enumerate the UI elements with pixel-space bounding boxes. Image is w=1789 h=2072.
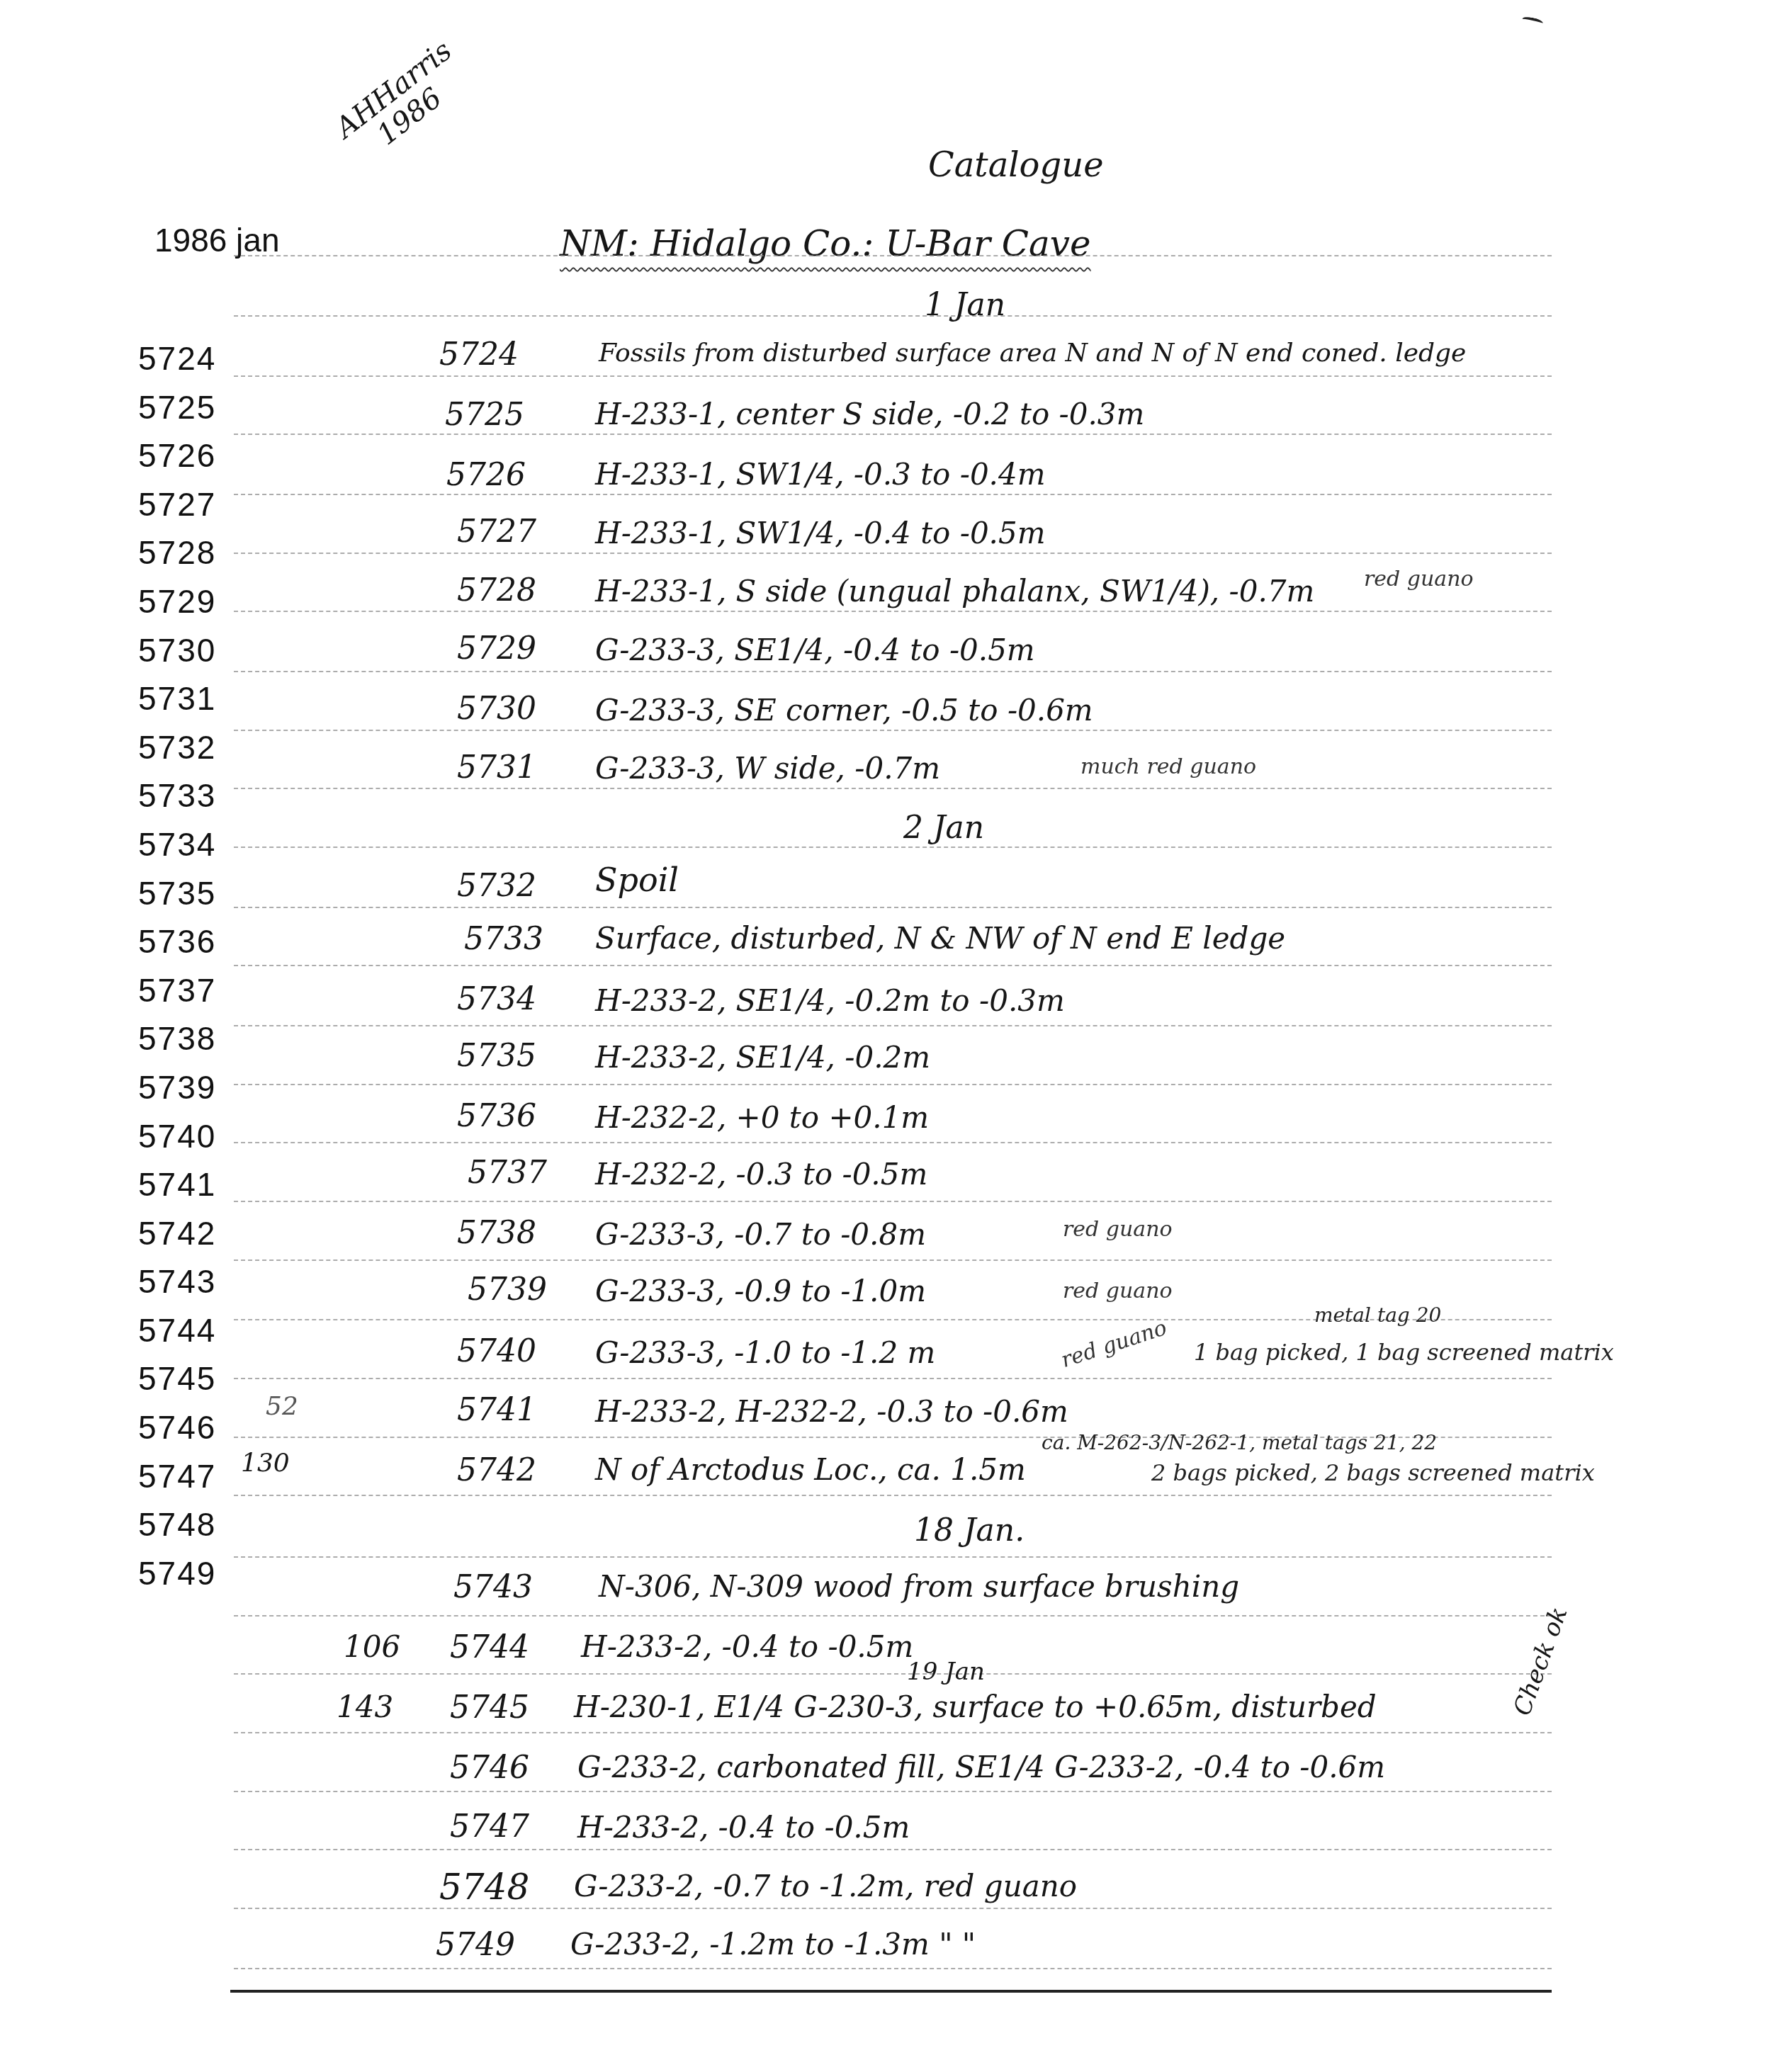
ruled-line (234, 1968, 1552, 1969)
entry-note: red guano (1058, 1315, 1170, 1373)
margin-number: 5731 (138, 674, 216, 723)
ruled-line (234, 1495, 1552, 1496)
entry-description: H-233-1, center S side, -0.2 to -0.3m (595, 397, 1144, 431)
entry-number: 5725 (445, 397, 524, 433)
margin-number: 5728 (138, 528, 216, 577)
entry-number: 5748 (439, 1867, 529, 1908)
entry-description: G-233-3, -1.0 to -1.2 m (595, 1335, 935, 1370)
entry-number: 5745 (450, 1689, 529, 1726)
entry-note: red guano (1063, 1217, 1173, 1242)
entry-number: 5737 (468, 1155, 547, 1191)
ruled-line (234, 1615, 1552, 1617)
entry-number: 5729 (457, 630, 536, 667)
ruled-line (234, 1025, 1552, 1026)
entry-description: G-233-3, W side, -0.7m (595, 751, 940, 786)
bottom-rule (230, 1990, 1552, 1993)
entry-description: G-233-2, -1.2m to -1.3m " " (570, 1927, 976, 1961)
ruled-line (234, 1791, 1552, 1792)
margin-header: 1986 jan (154, 221, 280, 259)
ruled-line (234, 788, 1552, 789)
entry-number: 5738 (457, 1215, 536, 1251)
entry-description: H-233-2, H-232-2, -0.3 to -0.6m (595, 1394, 1068, 1429)
margin-annotation: 143 (337, 1689, 393, 1724)
entry-description: H-233-2, SE1/4, -0.2m (595, 1040, 930, 1075)
margin-number: 5744 (138, 1306, 216, 1355)
entry-description: H-230-1, E1/4 G-230-3, surface to +0.65m… (574, 1689, 1377, 1724)
entry-number: 5735 (457, 1038, 536, 1074)
margin-number: 5735 (138, 869, 216, 918)
ruled-line (234, 553, 1552, 554)
entry-description: N-306, N-309 wood from surface brushing (599, 1569, 1239, 1604)
date-heading: 2 Jan (903, 810, 984, 846)
entry-number: 5733 (464, 921, 543, 957)
margin-number: 5743 (138, 1257, 216, 1306)
margin-number: 5740 (138, 1112, 216, 1161)
entry-description: N of Arctodus Loc., ca. 1.5m (595, 1452, 1026, 1487)
entry-number: 5747 (450, 1808, 529, 1845)
ruled-line (234, 847, 1552, 848)
entry-number: 5731 (457, 749, 536, 786)
margin-number: 5739 (138, 1063, 216, 1112)
entry-description: H-232-2, -0.3 to -0.5m (595, 1157, 927, 1191)
entry-number: 5724 (439, 336, 519, 373)
entry-number: 5739 (468, 1272, 547, 1308)
margin-number: 5745 (138, 1354, 216, 1403)
entry-description: H-233-2, SE1/4, -0.2m to -0.3m (595, 983, 1065, 1018)
ruled-line (234, 1378, 1552, 1379)
margin-number: 5738 (138, 1014, 216, 1063)
entry-note: red guano (1364, 567, 1474, 591)
entry-number: 5727 (457, 514, 536, 550)
entry-description: G-233-3, SE corner, -0.5 to -0.6m (595, 693, 1093, 728)
margin-number: 5729 (138, 577, 216, 626)
entry-number: 5749 (436, 1927, 515, 1963)
ruled-line (234, 1673, 1552, 1675)
author-annotation: AHHarris 1986 (330, 35, 477, 169)
margin-number: 5748 (138, 1500, 216, 1549)
entry-description: H-233-2, -0.4 to -0.5m (581, 1629, 913, 1664)
margin-annotation: 52 (266, 1392, 298, 1421)
entry-number: 5728 (457, 572, 536, 608)
entry-number: 5726 (446, 457, 526, 493)
entry-number: 5740 (457, 1333, 536, 1369)
margin-number-list: 5724572557265727572857295730573157325733… (138, 334, 216, 1597)
entry-description: G-233-2, carbonated fill, SE1/4 G-233-2,… (577, 1750, 1385, 1784)
entry-note: much red guano (1080, 754, 1256, 779)
entry-description: G-233-3, -0.9 to -1.0m (595, 1274, 926, 1308)
margin-number: 5726 (138, 431, 216, 480)
ruled-line (234, 434, 1552, 435)
entry-description: H-233-1, S side (ungual phalanx, SW1/4),… (595, 574, 1314, 608)
margin-number: 5724 (138, 334, 216, 383)
entry-description: H-233-1, SW1/4, -0.4 to -0.5m (595, 516, 1046, 550)
margin-number: 5741 (138, 1160, 216, 1209)
ruled-line (234, 1142, 1552, 1143)
margin-number: 5742 (138, 1209, 216, 1258)
entry-number: 5746 (450, 1750, 529, 1786)
ruled-line (234, 375, 1552, 377)
ruled-line (234, 671, 1552, 672)
entry-number: 5743 (453, 1569, 533, 1605)
margin-number: 5730 (138, 626, 216, 675)
entry-number: 5744 (450, 1629, 529, 1665)
entry-number: 5741 (457, 1392, 536, 1428)
entry-number: 5732 (457, 868, 536, 904)
entry-description: G-233-2, -0.7 to -1.2m, red guano (574, 1869, 1077, 1903)
ruled-line (234, 494, 1552, 495)
entry-note-line2: 2 bags picked, 2 bags screened matrix (1151, 1459, 1595, 1486)
ruled-line (234, 907, 1552, 908)
entry-description: H-232-2, +0 to +0.1m (595, 1100, 929, 1135)
ruled-line (234, 1849, 1552, 1850)
entry-description: Fossils from disturbed surface area N an… (599, 339, 1466, 368)
entry-description: H-233-2, -0.4 to -0.5m (577, 1810, 910, 1845)
date-heading: 1 Jan (925, 287, 1005, 323)
entry-note: red guano (1063, 1279, 1173, 1303)
entry-description: Surface, disturbed, N & NW of N end E le… (595, 921, 1285, 956)
ruled-line (234, 730, 1552, 731)
margin-annotation: 106 (344, 1629, 400, 1664)
corner-mark (1521, 16, 1543, 27)
margin-number: 5727 (138, 480, 216, 529)
entry-description: G-233-3, SE1/4, -0.4 to -0.5m (595, 633, 1035, 667)
entry-number: 5734 (457, 981, 536, 1017)
ruled-line (234, 1556, 1552, 1558)
ruled-line (234, 611, 1552, 612)
margin-annotation: 130 (241, 1449, 290, 1478)
entry-note-line2: 1 bag picked, 1 bag screened matrix (1194, 1339, 1614, 1366)
ruled-line (234, 1732, 1552, 1733)
locality-heading: NM: Hidalgo Co.: U-Bar Cave (560, 223, 1091, 264)
margin-number: 5736 (138, 917, 216, 966)
check-ok-mark: Check ok (1511, 1604, 1570, 1718)
date-heading: 18 Jan. (914, 1512, 1025, 1549)
margin-number: 5725 (138, 383, 216, 432)
margin-number: 5747 (138, 1452, 216, 1501)
ruled-line (234, 1084, 1552, 1085)
ruled-line (234, 255, 1552, 256)
margin-number: 5734 (138, 820, 216, 869)
margin-number: 5732 (138, 723, 216, 772)
entry-number: 5742 (457, 1452, 536, 1488)
entry-description: G-233-3, -0.7 to -0.8m (595, 1217, 926, 1252)
entry-note-line1: metal tag 20 (1314, 1303, 1441, 1327)
ruled-line (234, 1908, 1552, 1909)
ruled-line (234, 965, 1552, 966)
margin-number: 5749 (138, 1549, 216, 1598)
entry-number: 5730 (457, 691, 536, 727)
ruled-line (234, 315, 1552, 317)
entry-description: Spoil (595, 861, 679, 899)
margin-number: 5733 (138, 771, 216, 820)
ruled-line (234, 1259, 1552, 1261)
entry-description: H-233-1, SW1/4, -0.3 to -0.4m (595, 457, 1046, 492)
page-title: Catalogue (928, 145, 1104, 185)
entry-number: 5736 (457, 1098, 536, 1134)
margin-number: 5746 (138, 1403, 216, 1452)
date-heading: 19 Jan (907, 1658, 985, 1686)
entry-note-line1: ca. M-262-3/N-262-1, metal tags 21, 22 (1042, 1431, 1437, 1454)
margin-number: 5737 (138, 966, 216, 1015)
ruled-line (234, 1201, 1552, 1202)
